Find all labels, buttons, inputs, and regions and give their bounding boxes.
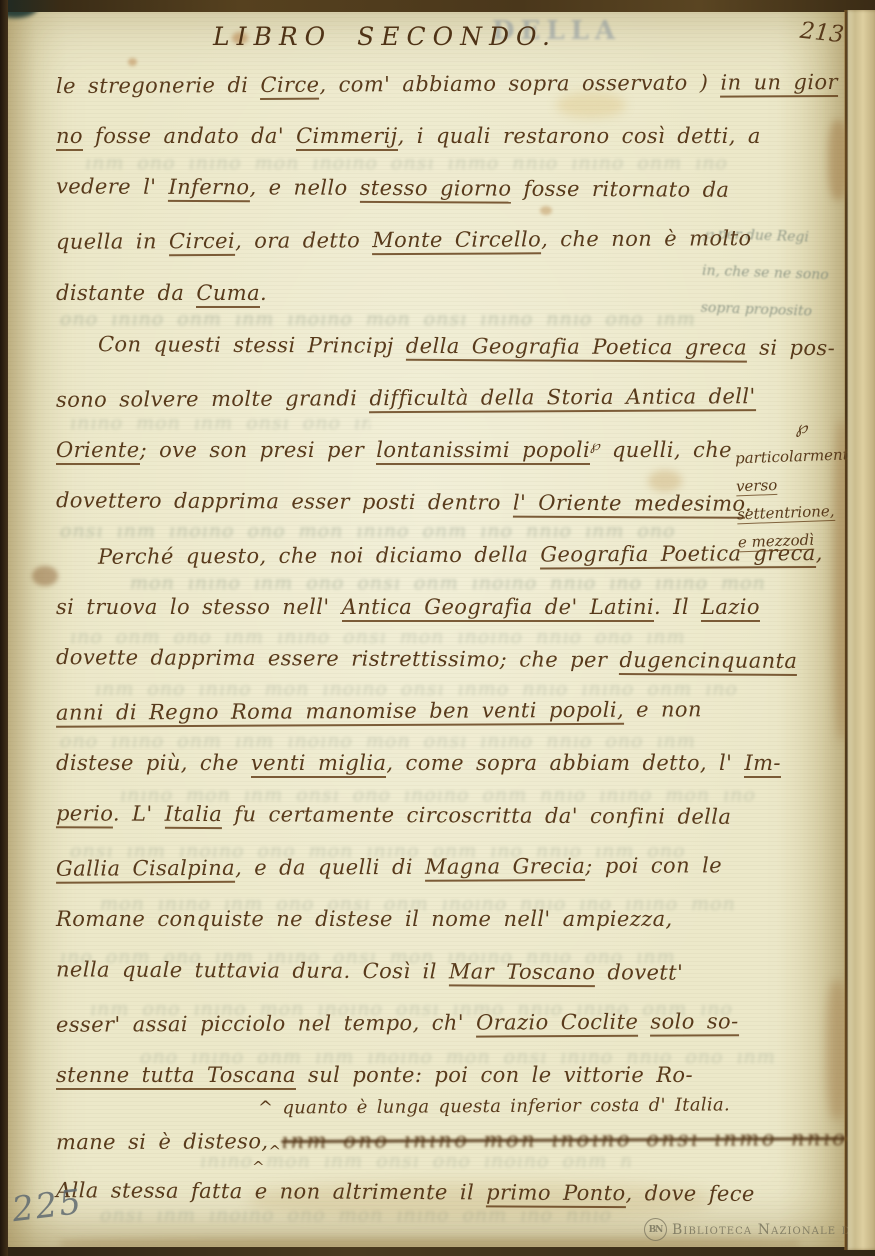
underlined-segment: stenne tutta Toscana bbox=[56, 1063, 296, 1090]
text-segment: dovettero dapprima esser posti dentro bbox=[56, 488, 513, 514]
underlined-segment: anni di Regno Roma manomise ben venti po… bbox=[56, 698, 624, 728]
binding-edge-top bbox=[0, 0, 875, 12]
text-segment: Perché questo, che noi diciamo della bbox=[98, 542, 540, 568]
text-segment: Alla stessa fatta e non altrimente il bbox=[56, 1178, 486, 1204]
text-segment: , e nello bbox=[249, 175, 359, 200]
underlined-segment: Oriente bbox=[56, 438, 140, 465]
bleedthrough-text: ınıno mon ınm onsı ono ınoıno onm nnıo ı… bbox=[70, 412, 370, 434]
margin-pencil-note-line: in, che se ne sono bbox=[701, 253, 829, 294]
text-segment: Con questi stessi Principj bbox=[98, 332, 406, 358]
text-segment: e non bbox=[624, 697, 702, 721]
manuscript-line: vedere l' Inferno, e nello stesso giorno… bbox=[56, 174, 730, 202]
underlined-segment: Circei bbox=[169, 229, 235, 256]
underlined-segment: Italia bbox=[165, 802, 223, 829]
text-segment: dovette dapprima essere ristrettissimo; … bbox=[56, 645, 620, 672]
text-segment bbox=[638, 1010, 650, 1034]
underlined-segment: Antica Geografia de' Latini bbox=[342, 595, 654, 622]
underlined-segment: stesso giorno bbox=[360, 176, 512, 204]
text-segment: . bbox=[260, 281, 267, 305]
bleedthrough-text: ınm ono ınıno mon ınoıno onsı ınmo nnıo … bbox=[85, 152, 728, 174]
insertion-mark-icon: ℘ bbox=[590, 438, 600, 454]
underlined-segment: primo Ponto bbox=[486, 1180, 625, 1208]
manuscript-line: nella quale tuttavia dura. Così il Mar T… bbox=[56, 957, 683, 984]
underlined-segment: e mezzodì bbox=[738, 531, 815, 553]
text-segment: mane si è disteso, bbox=[56, 1129, 269, 1154]
text-segment: esser' assai picciolo nel tempo, ch' bbox=[56, 1011, 476, 1037]
manuscript-line: stenne tutta Toscana sul ponte: poi con … bbox=[56, 1063, 693, 1087]
text-segment: vedere l' bbox=[56, 174, 169, 199]
page-crease bbox=[844, 10, 847, 1250]
text-segment: ; poi con le bbox=[585, 853, 722, 878]
binding-edge-bottom bbox=[0, 1247, 875, 1256]
text-segment: , che non è molto bbox=[541, 226, 751, 251]
manuscript-line: dovettero dapprima esser posti dentro l'… bbox=[56, 488, 752, 516]
manuscript-line: Oriente; ove son presi per lontanissimi … bbox=[56, 438, 732, 462]
library-stamp: BN Biblioteca Nazionale di Napoli bbox=[644, 1218, 875, 1241]
underlined-segment: Inferno bbox=[168, 175, 249, 202]
text-segment: , dove fece bbox=[625, 1181, 754, 1206]
caret-icon: ^ bbox=[252, 1158, 265, 1176]
bleedthrough-text: ono ınıno onm ınm ınoıno mon onsı ınıno … bbox=[60, 730, 696, 752]
margin-pencil-note-line: sopra proposito bbox=[700, 290, 828, 331]
text-segment: si pos- bbox=[747, 336, 835, 360]
text-segment: le stregonerie di bbox=[56, 73, 261, 98]
text-segment: fosse andato da' bbox=[83, 124, 296, 148]
underlined-segment: lontanissimi popoli bbox=[376, 438, 590, 465]
text-segment: , ora detto bbox=[235, 228, 372, 253]
text-segment: distese più, che bbox=[56, 751, 251, 775]
page-fore-edge bbox=[845, 10, 875, 1250]
manuscript-line: quella in Circei, ora detto Monte Circel… bbox=[56, 226, 752, 254]
text-segment: fu certamente circoscritta da' confini d… bbox=[222, 802, 731, 829]
underlined-segment: dugencinquanta bbox=[619, 648, 797, 676]
underlined-segment: Monte Circello bbox=[372, 227, 541, 255]
underlined-segment: Lazio bbox=[701, 595, 760, 622]
underlined-segment: verso settentrione, bbox=[736, 476, 835, 524]
underlined-segment: solo so- bbox=[650, 1009, 738, 1036]
manuscript-line: Alla stessa fatta e non altrimente il pr… bbox=[56, 1178, 755, 1206]
underlined-segment: no bbox=[56, 124, 83, 151]
underlined-segment: Orazio Coclite bbox=[476, 1010, 638, 1038]
manuscript-line: sono solvere molte grandi difficultà del… bbox=[56, 384, 756, 412]
caret-icon: ^ bbox=[268, 1142, 281, 1160]
underlined-segment: Circe bbox=[260, 73, 319, 100]
binding-edge-left bbox=[0, 0, 8, 1256]
manuscript-line: distese più, che venti miglia, come sopr… bbox=[56, 751, 781, 775]
text-segment: distante da bbox=[56, 281, 196, 305]
manuscript-line: perio. L' Italia fu certamente circoscri… bbox=[56, 801, 731, 829]
underlined-segment: Mar Toscano bbox=[449, 959, 596, 987]
underlined-segment: Gallia Cisalpina bbox=[56, 856, 235, 884]
text-segment: sono solvere molte grandi bbox=[56, 386, 370, 412]
manuscript-line: Con questi stessi Principj della Geograf… bbox=[56, 332, 835, 360]
text-segment: , i quali restarono così detti, a bbox=[398, 124, 761, 148]
text-segment: . L' bbox=[113, 802, 165, 826]
text-segment: quelli, che bbox=[600, 438, 732, 462]
manuscript-line: anni di Regno Roma manomise ben venti po… bbox=[56, 697, 702, 724]
manuscript-line: Gallia Cisalpina, e da quelli di Magna G… bbox=[56, 853, 722, 880]
bleedthrough-text: onsı ınm ınoıno ono mon ınıno onm ıno nn… bbox=[60, 520, 676, 542]
manuscript-line: mane si è disteso,^ınm ono ınıno mon ıno… bbox=[56, 1126, 875, 1162]
text-segment: sul ponte: poi con le vittorie Ro- bbox=[296, 1063, 693, 1087]
text-segment: . Il bbox=[654, 595, 701, 619]
underlined-segment: in un gior bbox=[720, 70, 838, 98]
stamp-monogram-icon: BN bbox=[644, 1218, 667, 1241]
underlined-segment: Im- bbox=[744, 751, 781, 778]
underlined-segment: venti miglia bbox=[251, 751, 386, 778]
text-segment: , com' abbiamo sopra osservato ) bbox=[319, 71, 720, 97]
foliation-number: 225 bbox=[10, 1182, 85, 1230]
text-segment: fosse ritornato da bbox=[511, 177, 729, 202]
bleedthrough-text: mon ınıno ınm ono onsı onm ınoıno nnıo ı… bbox=[130, 572, 766, 594]
manuscript-line: dovette dapprima essere ristrettissimo; … bbox=[56, 645, 797, 673]
manuscript-line: le stregonerie di Circe, com' abbiamo so… bbox=[56, 70, 838, 98]
text-segment: Romane conquiste ne distese il nome nell… bbox=[56, 907, 673, 931]
manuscript-line: si truova lo stesso nell' Antica Geograf… bbox=[56, 595, 760, 619]
manuscript-line: Perché questo, che noi diciamo della Geo… bbox=[56, 541, 823, 569]
underlined-segment: difficultà della Storia Antica dell' bbox=[369, 384, 755, 413]
text-segment: si truova lo stesso nell' bbox=[56, 595, 342, 619]
manuscript-scan: DELLA ınm ono ınıno mon ınoıno onsı ınmo… bbox=[0, 0, 875, 1256]
underlined-segment: Cimmerij bbox=[296, 124, 398, 151]
text-segment: dovett' bbox=[595, 960, 683, 984]
underlined-segment: Cuma bbox=[196, 281, 260, 308]
interlinear-insertion: ^ quanto è lunga questa inferior costa d… bbox=[258, 1094, 730, 1118]
manuscript-line: Romane conquiste ne distese il nome nell… bbox=[56, 907, 673, 931]
bleedthrough-text: ono ınıno onm ınm ınoıno mon onsı ınıno … bbox=[60, 308, 696, 330]
text-segment: , e da quelli di bbox=[235, 855, 425, 880]
underlined-segment: perio bbox=[56, 801, 113, 828]
underlined-segment: della Geografia Poetica greca bbox=[406, 334, 747, 363]
page-title: LIBRO SECONDO. bbox=[175, 22, 595, 51]
underlined-segment: l' Oriente medesimo bbox=[513, 491, 745, 519]
manuscript-line: distante da Cuma. bbox=[56, 281, 267, 305]
underlined-segment: Magna Grecia bbox=[425, 854, 585, 882]
manuscript-line: no fosse andato da' Cimmerij, i quali re… bbox=[56, 124, 761, 148]
text-segment: ; ove son presi per bbox=[140, 438, 377, 462]
page-number: 213 bbox=[799, 18, 845, 48]
text-segment: quella in bbox=[56, 229, 169, 254]
text-segment: , come sopra abbiam detto, l' bbox=[386, 751, 744, 775]
strikethrough-segment: ınm ono ınıno mon ınoıno onsı ınmo nnıo … bbox=[281, 1126, 875, 1153]
text-segment: nella quale tuttavia dura. Così il bbox=[56, 957, 449, 983]
manuscript-line: esser' assai picciolo nel tempo, ch' Ora… bbox=[56, 1009, 739, 1037]
